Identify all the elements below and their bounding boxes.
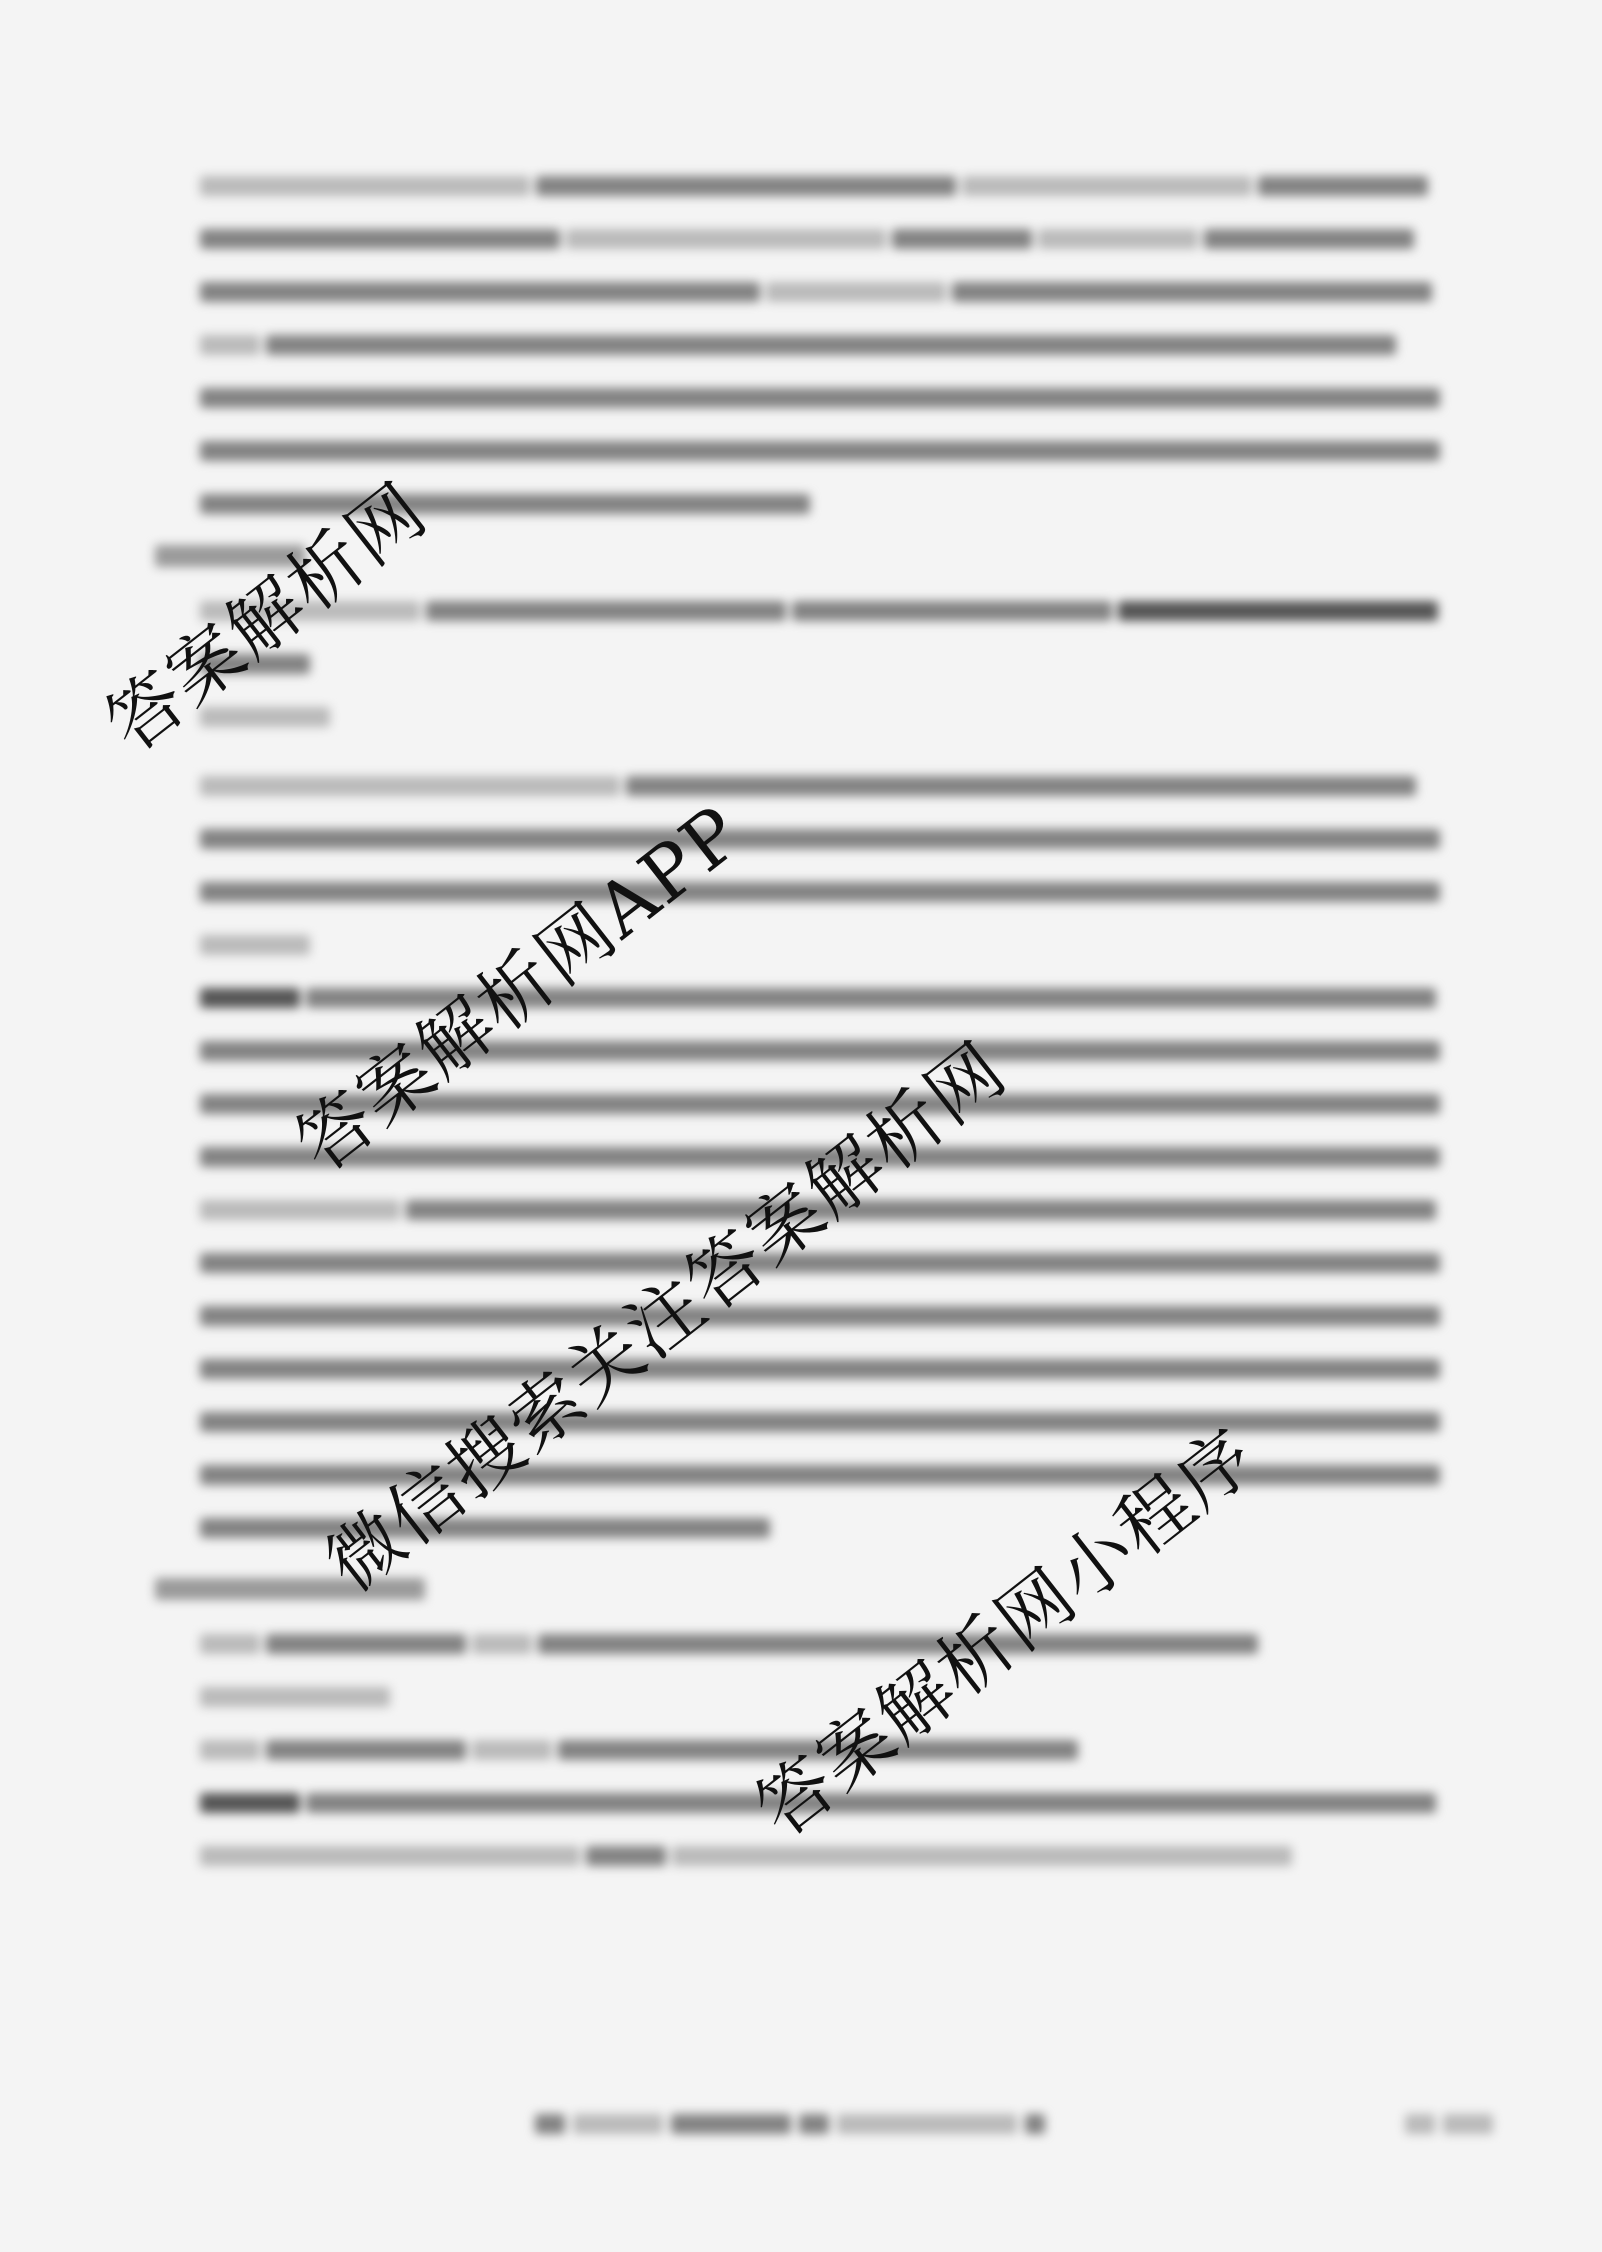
blurred-text-line	[200, 1091, 1450, 1117]
blurred-text-line	[200, 1843, 1300, 1869]
blurred-text-line	[200, 1356, 1450, 1382]
blurred-text-line	[200, 985, 1450, 1011]
blurred-text-line	[200, 1197, 1450, 1223]
blurred-text-line	[200, 491, 820, 517]
blurred-text-line	[200, 1250, 1450, 1276]
blurred-text-line	[200, 651, 320, 677]
blurred-text-line	[200, 1462, 1450, 1488]
blurred-text-line	[200, 279, 1450, 305]
blurred-text-line	[200, 385, 1450, 411]
blurred-text-line	[200, 1038, 1450, 1064]
blurred-text-line	[200, 1790, 1450, 1816]
page-code	[1405, 2112, 1495, 2136]
question-number	[155, 1578, 425, 1600]
blurred-text-line	[200, 1737, 1080, 1763]
blurred-text-line	[200, 1684, 400, 1710]
blurred-text-line	[200, 438, 1450, 464]
blurred-text-line	[200, 826, 1450, 852]
blurred-text-line	[200, 1303, 1450, 1329]
blurred-text-line	[200, 226, 1450, 252]
blurred-text-line	[200, 173, 1450, 199]
blurred-text-line	[200, 773, 1450, 799]
document-page: 答案解析网 答案解析网APP 微信搜索关注答案解析网 答案解析网小程序	[0, 0, 1602, 2252]
blurred-text-line	[200, 1144, 1450, 1170]
blurred-text-line	[200, 704, 340, 730]
page-footer	[535, 2112, 1095, 2136]
question-number	[155, 545, 305, 567]
blurred-text-line	[200, 932, 320, 958]
blurred-text-line	[200, 1409, 1450, 1435]
blurred-text-line	[200, 1631, 1260, 1657]
blurred-text-line	[200, 332, 1450, 358]
blurred-text-line	[200, 598, 1450, 624]
blurred-text-line	[200, 1515, 780, 1541]
blurred-text-line	[200, 879, 1450, 905]
